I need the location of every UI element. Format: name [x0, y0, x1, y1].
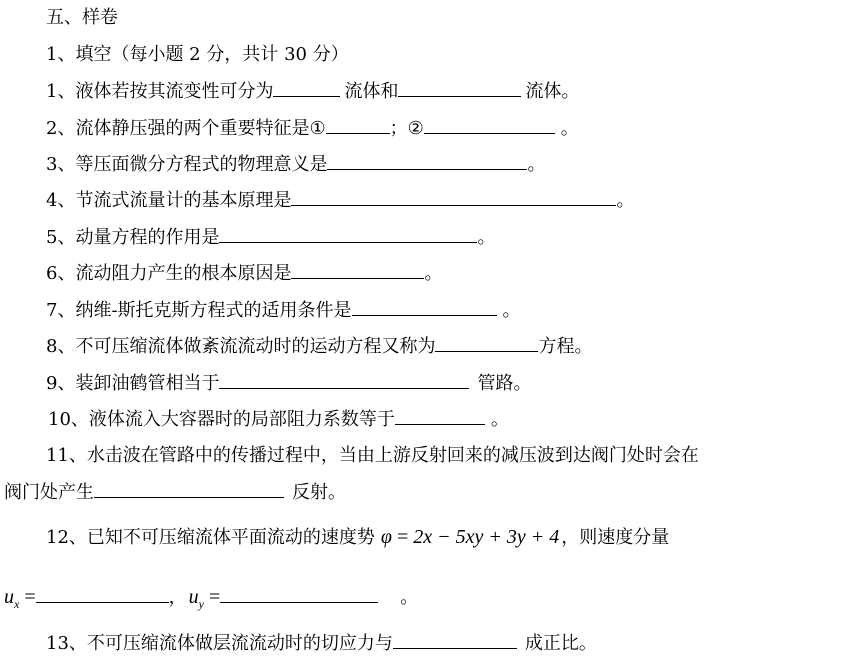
question-11-continued: 阀门处产生 反射。 [4, 479, 346, 505]
question-12: 12、 已知不可压缩流体平面流动的速度势 φ = 2x − 5xy + 3y +… [46, 524, 669, 550]
question-number: 2、 [46, 116, 75, 142]
question-text: 反射。 [292, 480, 346, 506]
question-number: 4、 [46, 188, 75, 214]
question-text: 装卸油鹤管相当于 [75, 371, 219, 397]
answer-blank-9[interactable] [219, 370, 469, 389]
question-text: 。 [477, 225, 495, 251]
answer-blank-12-ux[interactable] [36, 584, 169, 603]
question-number: 5、 [46, 225, 75, 251]
answer-blank-7[interactable] [352, 297, 497, 316]
question-text: 管路。 [477, 371, 531, 397]
answer-blank-11[interactable] [94, 479, 284, 498]
question-text: 流体静压强的两个重要特征是 [75, 116, 309, 142]
answer-blank-12-uy[interactable] [220, 584, 378, 603]
question-number: 10、 [48, 407, 89, 433]
uy-subscript: y [199, 597, 204, 611]
circled-one: ① [309, 116, 325, 142]
question-text: 流动阻力产生的根本原因是 [75, 261, 291, 287]
question-text: 流体。 [525, 79, 579, 105]
question-text: 。 [561, 116, 579, 142]
question-text: 液体若按其流变性可分为 [75, 79, 273, 105]
question-text: 已知不可压缩流体平面流动的速度势 [87, 525, 375, 551]
ux-label: ux = [4, 584, 36, 612]
question-text: 纳维-斯托克斯方程式的适用条件是 [75, 298, 351, 324]
ux-subscript: x [14, 597, 19, 611]
question-text: 。 [503, 298, 521, 324]
question-10: 10、 液体流入大容器时的局部阻力系数等于 。 [48, 406, 509, 432]
question-7: 7、 纳维-斯托克斯方程式的适用条件是 。 [46, 297, 521, 323]
question-text: 。 [491, 407, 509, 433]
question-number: 7、 [46, 298, 75, 324]
question-3: 3、 等压面微分方程式的物理意义是 。 [46, 151, 545, 177]
answer-blank-6[interactable] [291, 260, 424, 279]
circled-two: ② [408, 116, 424, 142]
answer-blank-2b[interactable] [424, 115, 555, 134]
ux-symbol: u [4, 586, 14, 608]
question-text: 成正比。 [525, 631, 597, 657]
question-number: 11、 [46, 443, 87, 469]
question-number: 13、 [46, 631, 87, 657]
formula-phi: φ [381, 526, 392, 548]
section-title: 五、样卷 [46, 5, 118, 31]
answer-blank-3[interactable] [327, 151, 527, 170]
question-text: 。 [527, 152, 545, 178]
question-text: 液体流入大容器时的局部阻力系数等于 [89, 407, 395, 433]
question-text: 方程。 [538, 334, 592, 360]
question-text: 等压面微分方程式的物理意义是 [75, 152, 327, 178]
answer-blank-1b[interactable] [398, 78, 521, 97]
question-1: 1、 液体若按其流变性可分为 流体和 流体。 [46, 78, 579, 104]
question-text: 。 [424, 261, 442, 287]
question-number: 8、 [46, 334, 75, 360]
uy-label: uy = [189, 584, 221, 612]
question-text: 水击波在管路中的传播过程中，当由上游反射回来的减压波到达阀门处时会在 [87, 443, 699, 469]
question-number: 12、 [46, 525, 87, 551]
part-header-text: 1、填空（每小题 2 分，共计 30 分） [46, 42, 349, 68]
answer-blank-2a[interactable] [326, 115, 390, 134]
answer-blank-10[interactable] [395, 406, 485, 425]
uy-equals: = [204, 586, 220, 608]
question-text: 阀门处产生 [4, 480, 94, 506]
formula-equals: = [392, 526, 413, 548]
question-text: 节流式流量计的基本原理是 [75, 188, 291, 214]
question-13: 13、 不可压缩流体做层流流动时的切应力与 成正比。 [46, 630, 597, 656]
question-5: 5、 动量方程的作用是 。 [46, 224, 495, 250]
question-number: 3、 [46, 152, 75, 178]
question-text: 流体和 [344, 79, 398, 105]
question-text: ； [390, 116, 408, 142]
section-title-text: 五、样卷 [46, 5, 118, 31]
answer-blank-4[interactable] [291, 187, 616, 206]
answer-blank-8[interactable] [435, 333, 538, 352]
question-number: 6、 [46, 261, 75, 287]
uy-symbol: u [189, 586, 199, 608]
answer-blank-13[interactable] [393, 630, 517, 649]
part-header: 1、填空（每小题 2 分，共计 30 分） [46, 42, 349, 68]
question-4: 4、 节流式流量计的基本原理是 。 [46, 187, 634, 213]
period: 。 [400, 585, 418, 611]
comma: ， [169, 585, 187, 611]
question-text: 。 [616, 188, 634, 214]
question-text: 不可压缩流体做层流流动时的切应力与 [87, 631, 393, 657]
ux-equals: = [19, 586, 35, 608]
question-11: 11、 水击波在管路中的传播过程中，当由上游反射回来的减压波到达阀门处时会在 [46, 443, 699, 469]
question-8: 8、 不可压缩流体做紊流流动时的运动方程又称为 方程。 [46, 333, 592, 359]
question-text: 不可压缩流体做紊流流动时的运动方程又称为 [75, 334, 435, 360]
question-text: ，则速度分量 [561, 525, 669, 551]
question-9: 9、 装卸油鹤管相当于 管路。 [46, 370, 531, 396]
question-2: 2、 流体静压强的两个重要特征是 ① ； ② 。 [46, 115, 579, 141]
velocity-potential-formula: φ = 2x − 5xy + 3y + 4 [381, 524, 559, 550]
question-6: 6、 流动阻力产生的根本原因是 。 [46, 260, 442, 286]
question-text: 动量方程的作用是 [75, 225, 219, 251]
question-number: 1、 [46, 79, 75, 105]
formula-rhs: 2x − 5xy + 3y + 4 [413, 526, 559, 548]
question-number: 9、 [46, 371, 75, 397]
question-12-answer-line: ux = ， uy = 。 [4, 584, 418, 610]
answer-blank-1a[interactable] [273, 78, 340, 97]
answer-blank-5[interactable] [219, 224, 477, 243]
